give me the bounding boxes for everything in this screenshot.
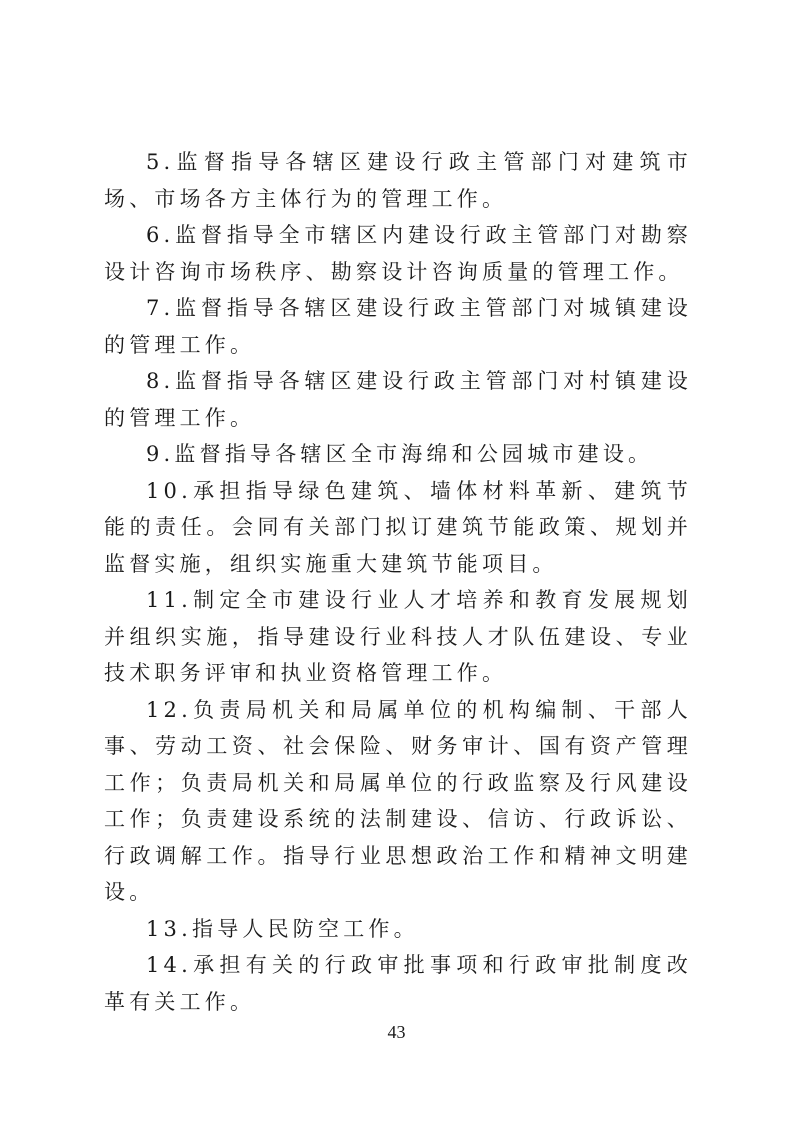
paragraph-item-14: 14.承担有关的行政审批事项和行政审批制度改革有关工作。 xyxy=(104,947,692,1020)
paragraph-item-11: 11.制定全市建设行业人才培养和教育发展规划并组织实施，指导建设行业科技人才队伍… xyxy=(104,582,692,692)
paragraph-item-8: 8.监督指导各辖区建设行政主管部门对村镇建设的管理工作。 xyxy=(104,363,692,436)
paragraph-item-6: 6.监督指导全市辖区内建设行政主管部门对勘察设计咨询市场秩序、勘察设计咨询质量的… xyxy=(104,217,692,290)
paragraph-item-13: 13.指导人民防空工作。 xyxy=(104,911,692,948)
paragraph-item-5: 5.监督指导各辖区建设行政主管部门对建筑市场、市场各方主体行为的管理工作。 xyxy=(104,144,692,217)
paragraph-item-12: 12.负责局机关和局属单位的机构编制、干部人事、劳动工资、社会保险、财务审计、国… xyxy=(104,692,692,911)
document-body: 5.监督指导各辖区建设行政主管部门对建筑市场、市场各方主体行为的管理工作。 6.… xyxy=(104,144,692,1020)
paragraph-item-7: 7.监督指导各辖区建设行政主管部门对城镇建设的管理工作。 xyxy=(104,290,692,363)
paragraph-item-9: 9.监督指导各辖区全市海绵和公园城市建设。 xyxy=(104,436,692,473)
page-number: 43 xyxy=(0,1022,793,1043)
paragraph-item-10: 10.承担指导绿色建筑、墙体材料革新、建筑节能的责任。会同有关部门拟订建筑节能政… xyxy=(104,473,692,583)
